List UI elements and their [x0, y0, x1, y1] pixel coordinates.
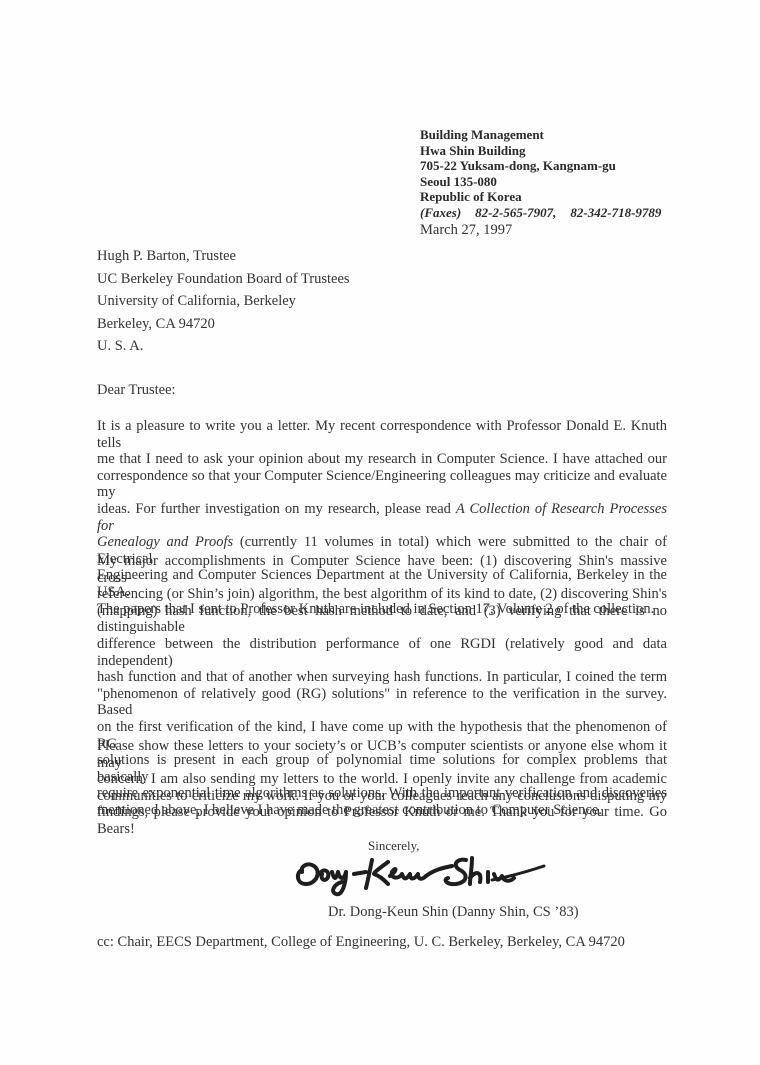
recipient-line: U. S. A. — [97, 335, 350, 358]
recipient-line: Berkeley, CA 94720 — [97, 313, 350, 336]
fax-label: (Faxes) — [420, 205, 461, 220]
body-paragraph-3: Please show these letters to your societ… — [97, 738, 667, 838]
paragraph-line: referencing (or Shin’s join) algorithm, … — [97, 586, 667, 603]
fax-number: 82-2-565-7907, — [475, 205, 556, 220]
signer-name: Dr. Dong-Keun Shin (Danny Shin, CS ’83) — [328, 904, 579, 921]
paragraph-line: hash function and that of another when s… — [97, 669, 667, 686]
paragraph-line: difference between the distribution perf… — [97, 636, 667, 669]
sender-line: Seoul 135-080 — [420, 174, 661, 190]
sender-line: Republic of Korea — [420, 189, 661, 205]
sender-fax-line: (Faxes)82-2-565-7907,82-342-718-9789 — [420, 205, 661, 221]
recipient-line: UC Berkeley Foundation Board of Trustees — [97, 268, 350, 291]
paragraph-line: me that I need to ask your opinion about… — [97, 451, 667, 468]
recipient-line: Hugh P. Barton, Trustee — [97, 245, 350, 268]
sender-line: Building Management — [420, 127, 661, 143]
letter-page: Building Management Hwa Shin Building 70… — [0, 0, 760, 1065]
paragraph-line: My major accomplishments in Computer Sci… — [97, 553, 667, 586]
recipient-address-block: Hugh P. Barton, Trustee UC Berkeley Foun… — [97, 245, 350, 358]
paragraph-line: It is a pleasure to write you a letter. … — [97, 418, 667, 451]
book-title: Genealogy and Proofs — [97, 534, 233, 550]
paragraph-text: ideas. For further investigation on my r… — [97, 501, 456, 517]
fax-number: 82-342-718-9789 — [570, 205, 661, 220]
paragraph-line: findings, please provide your opinion to… — [97, 804, 667, 821]
paragraph-line: Bears! — [97, 821, 667, 838]
handwritten-signature — [292, 850, 552, 900]
paragraph-line: communities to criticize my work. If you… — [97, 788, 667, 805]
paragraph-line: "phenomenon of relatively good (RG) solu… — [97, 686, 667, 719]
paragraph-line: (mapping) hash function, the best hash m… — [97, 603, 667, 636]
recipient-line: University of California, Berkeley — [97, 290, 350, 313]
paragraph-line: Please show these letters to your societ… — [97, 738, 667, 771]
paragraph-line: concern. I am also sending my letters to… — [97, 771, 667, 788]
sender-line: 705-22 Yuksam-dong, Kangnam-gu — [420, 158, 661, 174]
sender-address-block: Building Management Hwa Shin Building 70… — [420, 127, 661, 220]
paragraph-line: correspondence so that your Computer Sci… — [97, 468, 667, 501]
cc-line: cc: Chair, EECS Department, College of E… — [97, 934, 625, 951]
salutation: Dear Trustee: — [97, 382, 176, 399]
sender-line: Hwa Shin Building — [420, 143, 661, 159]
paragraph-line: ideas. For further investigation on my r… — [97, 501, 667, 534]
letter-date: March 27, 1997 — [420, 222, 512, 239]
